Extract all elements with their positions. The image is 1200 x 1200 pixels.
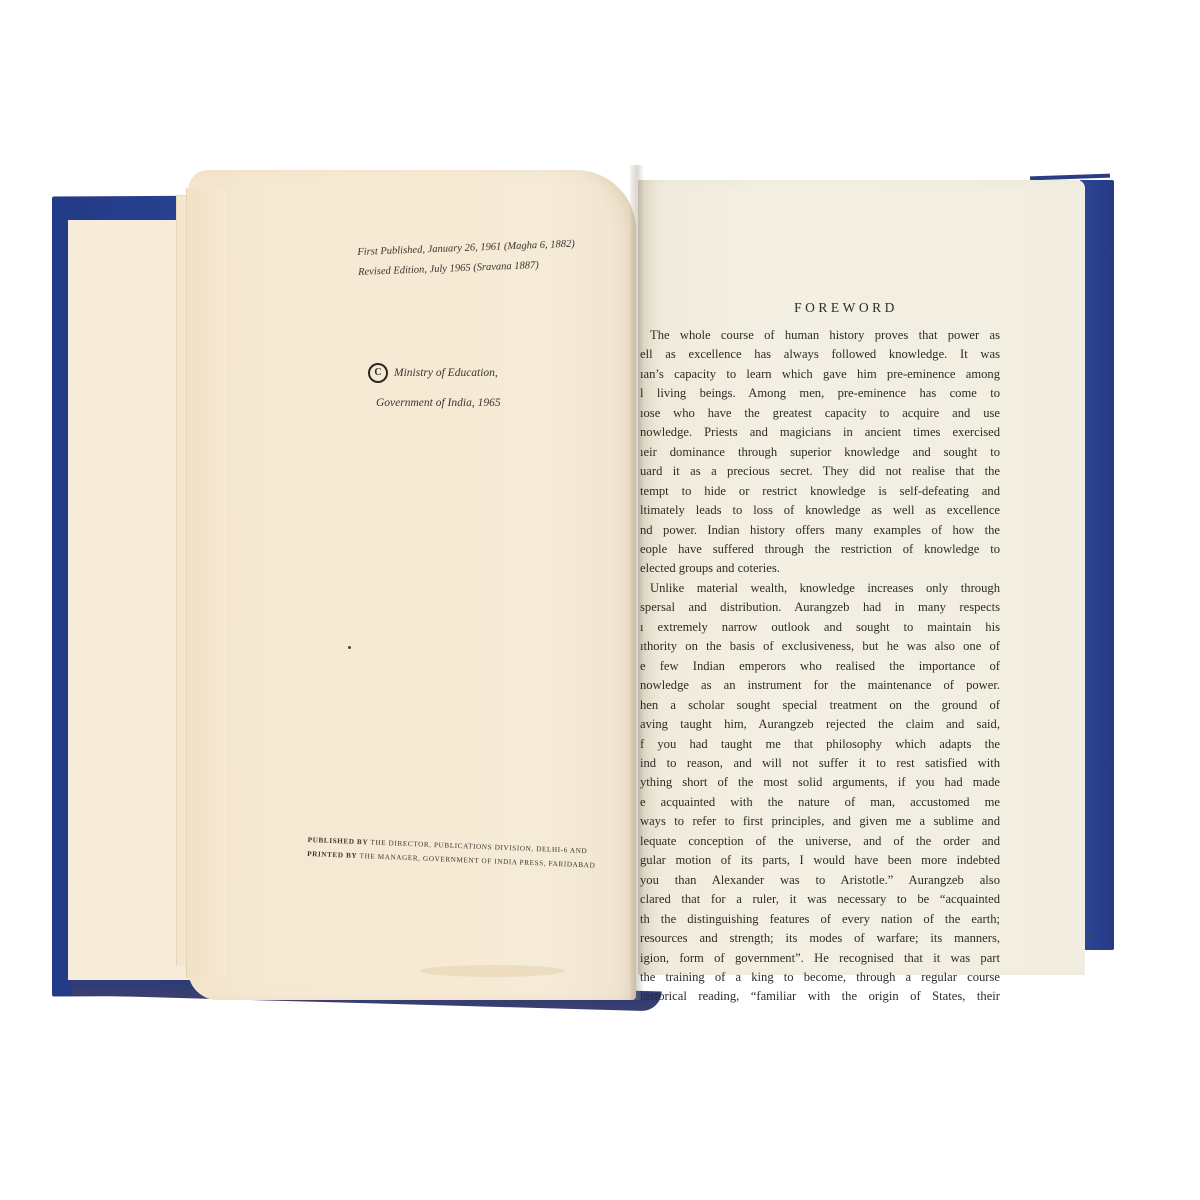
text-line: tempt to hide or restrict knowledge is s… <box>640 482 1000 501</box>
foreword-page-text: FOREWORD The whole course of human histo… <box>640 300 1000 1007</box>
left-page-stack <box>186 188 227 978</box>
text-line: th the distinguishing features of every … <box>640 910 1000 929</box>
text-line: lequate conception of the universe, and … <box>640 832 1000 851</box>
book-photo: First Published, January 26, 1961 (Magha… <box>0 0 1200 1200</box>
paper-speck <box>1089 932 1092 935</box>
text-line: ıthority on the basis of exclusiveness, … <box>640 637 1000 656</box>
text-line: ything short of the most solid arguments… <box>640 773 1000 792</box>
text-line: you than Alexander was to Aristotle.” Au… <box>640 871 1000 890</box>
text-line: f you had taught me that philosophy whic… <box>640 735 1000 754</box>
page-title: FOREWORD <box>736 300 956 316</box>
text-line: l living beings. Among men, pre-eminence… <box>640 384 1000 403</box>
text-line: ways to refer to first principles, and g… <box>640 812 1000 831</box>
copyright-holder-line2: Government of India, 1965 <box>368 388 568 418</box>
text-line: gular motion of its parts, I would have … <box>640 851 1000 870</box>
text-line: clared that for a ruler, it was necessar… <box>640 890 1000 909</box>
text-line: nd power. Indian history offers many exa… <box>640 521 1000 540</box>
text-line: ltimately leads to loss of knowledge as … <box>640 501 1000 520</box>
text-line: ı extremely narrow outlook and sought to… <box>640 618 1000 637</box>
text-line: aving taught him, Aurangzeb rejected the… <box>640 715 1000 734</box>
foreword-body: The whole course of human history proves… <box>640 326 1000 1007</box>
text-line: igion, form of government”. He recognise… <box>640 949 1000 968</box>
paper-speck <box>348 646 351 649</box>
page-curl <box>420 965 565 977</box>
text-line: ıan’s capacity to learn which gave him p… <box>640 365 1000 384</box>
text-line: eople have suffered through the restrict… <box>640 540 1000 559</box>
text-line: ıeir dominance through superior knowledg… <box>640 443 1000 462</box>
copyright-icon: C <box>368 363 388 383</box>
text-line: the training of a king to become, throug… <box>640 968 1000 987</box>
right-cover-board <box>1080 180 1114 950</box>
text-line: ind to reason, and will not suffer it to… <box>640 754 1000 773</box>
text-line: ell as excellence has always followed kn… <box>640 345 1000 364</box>
text-line: e acquainted with the nature of man, acc… <box>640 793 1000 812</box>
text-line: The whole course of human history proves… <box>640 326 1000 345</box>
text-line: historical reading, “familiar with the o… <box>640 987 1000 1006</box>
text-line: ıose who have the greatest capacity to a… <box>640 404 1000 423</box>
left-page <box>188 170 636 1000</box>
copyright-notice: C Ministry of Education, Government of I… <box>368 358 568 418</box>
text-line: Unlike material wealth, knowledge increa… <box>640 579 1000 598</box>
text-line: uard it as a precious secret. They did n… <box>640 462 1000 481</box>
text-line: resources and strength; its modes of war… <box>640 929 1000 948</box>
text-line: e few Indian emperors who realised the i… <box>640 657 1000 676</box>
copyright-holder-line1: Ministry of Education, <box>394 358 498 388</box>
text-line: nowledge as an instrument for the mainte… <box>640 676 1000 695</box>
text-line: spersal and distribution. Aurangzeb had … <box>640 598 1000 617</box>
text-line: hen a scholar sought special treatment o… <box>640 696 1000 715</box>
text-line: nowledge. Priests and magicians in ancie… <box>640 423 1000 442</box>
text-line: elected groups and coteries. <box>640 559 1000 578</box>
